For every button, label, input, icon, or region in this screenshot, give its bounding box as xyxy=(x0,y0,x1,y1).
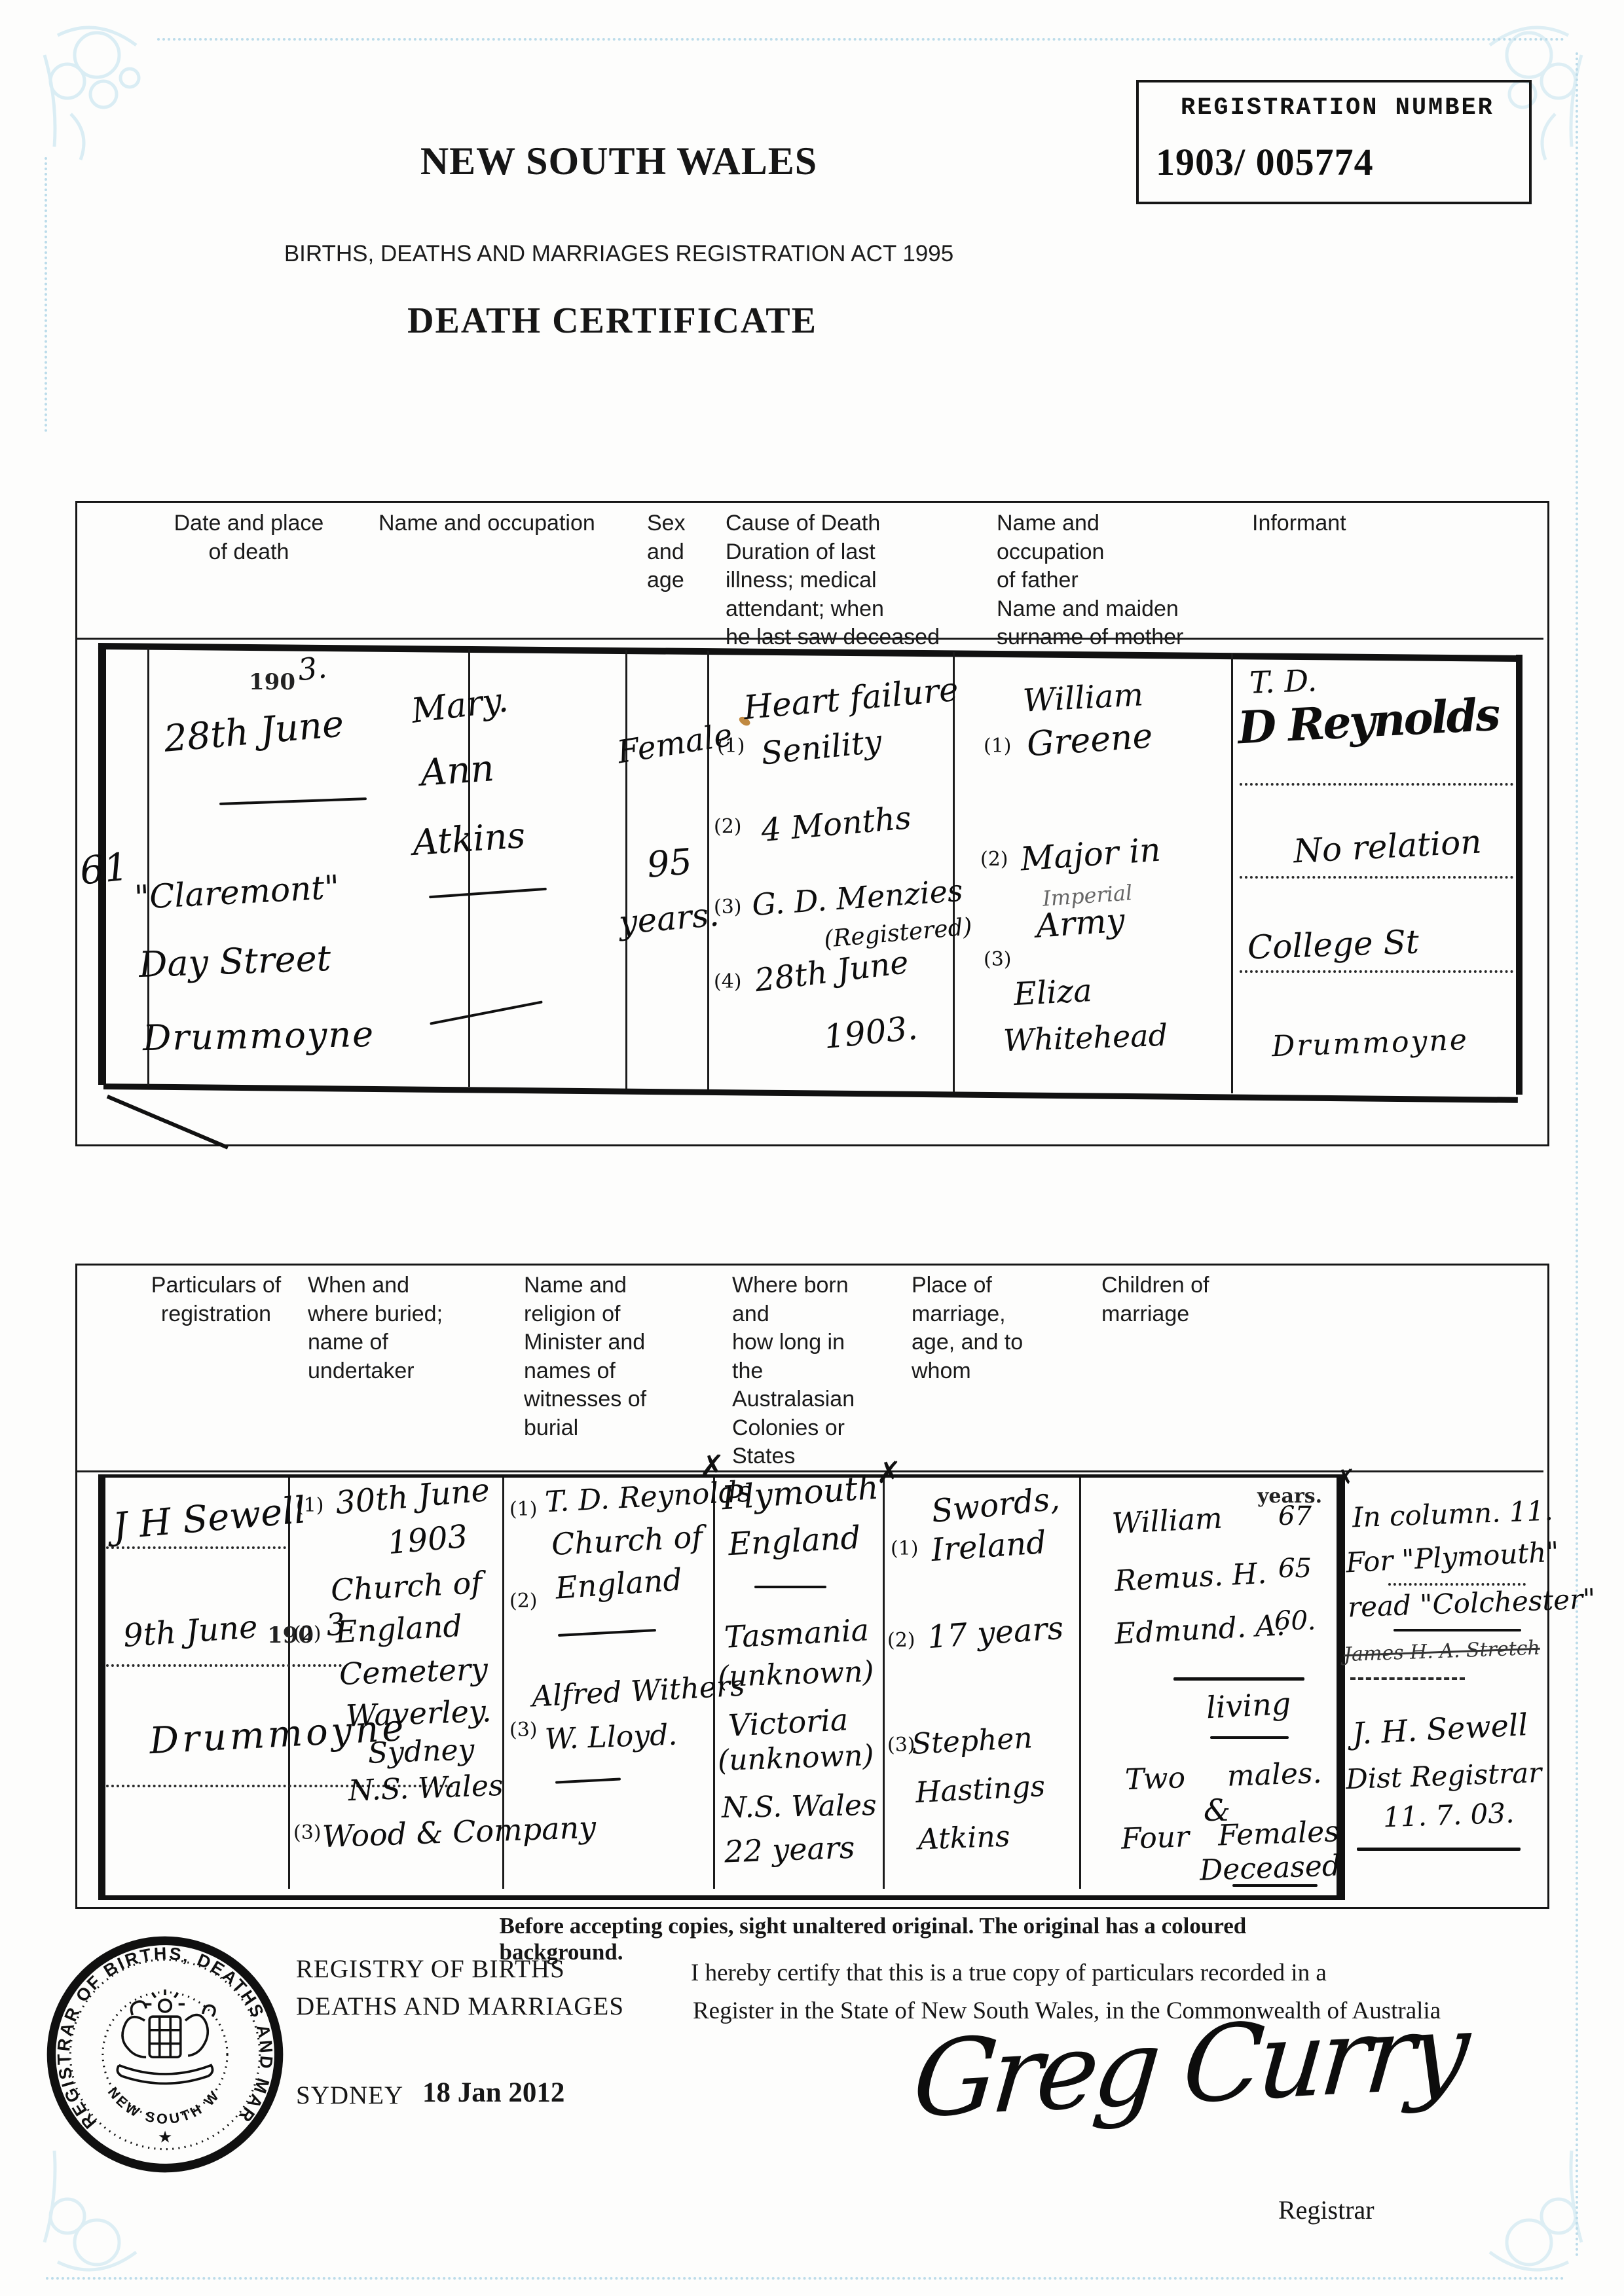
t1-father-marker-2: (2) xyxy=(980,848,1008,871)
t1-mother-marker: (3) xyxy=(984,948,1012,971)
t2-born-dash xyxy=(754,1586,826,1588)
t1-body-line-6 xyxy=(1231,653,1233,1093)
document-type-title: DEATH CERTIFICATE xyxy=(407,300,817,342)
t2-born-1b: England xyxy=(728,1522,862,1561)
t2-note-line-3: read "Colchester" xyxy=(1347,1585,1596,1621)
t2-body-line-1 xyxy=(288,1478,290,1889)
page-border-top xyxy=(157,38,1565,41)
t2-registration-date: 9th June xyxy=(122,1611,259,1652)
t1-year-digit: 3. xyxy=(297,652,328,685)
t2-children-deceased: Deceased xyxy=(1199,1851,1340,1885)
t1-informant-address-2: Drummoyne xyxy=(1271,1026,1469,1061)
seal-star: ★ xyxy=(158,2128,172,2146)
t1-father-given: William xyxy=(1022,679,1144,717)
t2-children-females: Four Females xyxy=(1120,1817,1339,1854)
t1-age-number: 95 xyxy=(646,844,693,883)
t2-children-dash-1 xyxy=(1173,1677,1304,1681)
t1-col-header-cause: Cause of Death Duration of last illness;… xyxy=(726,509,940,652)
t2-witness-marker: (3) xyxy=(509,1719,538,1741)
t1-name-2: Ann xyxy=(419,750,495,792)
t2-col-header-born: Where born and how long in the Australas… xyxy=(732,1271,855,1471)
t1-age-unit: years. xyxy=(618,898,720,939)
t1-body-right-edge xyxy=(1516,655,1522,1095)
t2-note-underline-2 xyxy=(1393,1629,1521,1631)
t2-child-2: Remus. H. xyxy=(1114,1559,1267,1596)
t2-burial-place-4: Waverley. xyxy=(345,1696,492,1731)
registry-name-line-2: DEATHS AND MARRIAGES xyxy=(296,1992,624,2021)
t2-marriage-age: 17 years xyxy=(927,1613,1065,1653)
t1-col-header-date-place: Date and place of death xyxy=(131,509,367,566)
t1-cause-marker-3: (3) xyxy=(714,896,742,919)
certify-line-1: I hereby certify that this is a true cop… xyxy=(691,1959,1327,1987)
t2-burial-place-5: Sydney xyxy=(367,1736,475,1768)
t1-body-line-3 xyxy=(625,650,627,1089)
t1-father-occupation-3: Army xyxy=(1035,903,1126,942)
t2-marriage-place-2: Ireland xyxy=(931,1527,1048,1566)
t1-informant-address-1: College St xyxy=(1247,925,1419,964)
t1-register-entry-number: 61 xyxy=(78,847,130,890)
t1-death-place-1: "Claremont" xyxy=(134,871,341,914)
t1-cause-marker-2: (2) xyxy=(714,815,742,838)
t2-child-2-age: 65 xyxy=(1278,1556,1312,1582)
t1-col-header-parents: Name and occupation of father Name and m… xyxy=(997,509,1183,652)
registry-name-line-1: REGISTRY OF BIRTHS xyxy=(296,1954,565,1984)
t1-informant-relation: No relation xyxy=(1293,826,1483,868)
t1-cause-4b: 1903. xyxy=(822,1011,919,1054)
t2-burial-place-2: England xyxy=(335,1611,463,1647)
corner-ornament-top-left xyxy=(18,9,175,166)
t2-reg-rule-2 xyxy=(106,1664,342,1667)
t1-informant-rule-1 xyxy=(1240,783,1513,786)
t2-witness-2: W. Lloyd. xyxy=(544,1721,678,1754)
t1-death-place-2: Day Street xyxy=(138,941,331,983)
t2-marriage-marker-1: (1) xyxy=(891,1537,919,1560)
t1-informant-signature: D Reynolds xyxy=(1236,693,1499,751)
t2-child-3-age: 60. xyxy=(1274,1608,1316,1634)
t1-mother-given: Eliza xyxy=(1013,975,1093,1010)
t2-col-header-children: Children of marriage xyxy=(1101,1271,1209,1328)
t2-body-line-4 xyxy=(883,1478,885,1889)
t2-born-2b: (unknown) xyxy=(717,1658,874,1692)
t2-reg-rule-1 xyxy=(106,1546,286,1549)
t1-father-marker-1: (1) xyxy=(984,735,1012,757)
t2-note-signature: J. H. Sewell xyxy=(1352,1709,1528,1749)
t2-body-line-5 xyxy=(1079,1478,1081,1889)
t2-col-header-buried: When and where buried; name of undertake… xyxy=(308,1271,443,1385)
t2-born-2: Tasmania xyxy=(724,1614,870,1652)
coat-of-arms-icon xyxy=(117,1990,215,2084)
t1-name-3: Atkins xyxy=(411,818,526,861)
t1-death-place-3: Drummoyne xyxy=(143,1017,375,1056)
t2-spouse-3: Atkins xyxy=(917,1823,1010,1855)
t1-cause-marker-4: (4) xyxy=(714,970,742,993)
t2-note-underline-3 xyxy=(1357,1848,1521,1851)
t2-born-4: N.S. Wales xyxy=(722,1791,877,1823)
t1-col-header-name-occupation: Name and occupation xyxy=(378,509,595,538)
t1-father-occupation-1: Major in xyxy=(1020,833,1162,876)
t1-mother-surname: Whitehead xyxy=(1003,1020,1168,1056)
t1-father-surname: Greene xyxy=(1025,719,1153,761)
registrar-role-label: Registrar xyxy=(1278,2195,1375,2225)
t2-col-header-marriage: Place of marriage, age, and to whom xyxy=(912,1271,1023,1385)
t2-burial-place-3: Cemetery xyxy=(339,1654,488,1689)
t2-check-mark-3: ✗ xyxy=(1335,1464,1356,1493)
t2-burial-year: 1903 xyxy=(386,1521,469,1559)
corner-ornament-bottom-right xyxy=(1450,2131,1608,2288)
t1-year-printed: 190 xyxy=(249,669,295,695)
t1-informant-rule-3 xyxy=(1240,970,1513,973)
copy-notice: Before accepting copies, sight unaltered… xyxy=(500,1913,1249,1965)
issue-city: SYDNEY xyxy=(296,2081,403,2110)
t2-note-line-1: In column. 11. xyxy=(1352,1497,1553,1532)
t1-col-header-informant: Informant xyxy=(1252,509,1346,538)
t2-born-3b: (unknown) xyxy=(717,1741,874,1776)
t2-undertaker-marker: (3) xyxy=(293,1821,322,1844)
page-title: NEW SOUTH WALES xyxy=(420,139,817,184)
t2-spouse-2: Hastings xyxy=(915,1772,1046,1808)
t2-col-header-particulars: Particulars of registration xyxy=(121,1271,311,1328)
t1-cause-marker-1: (1) xyxy=(717,735,745,757)
t2-burial-place-1: Church of xyxy=(330,1567,483,1605)
t1-informant-rule-2 xyxy=(1240,876,1513,879)
t1-col-header-sex-age: Sex and age xyxy=(647,509,686,595)
t2-buried-marker-2: (2) xyxy=(293,1622,322,1645)
t2-undertaker: Wood & Company xyxy=(322,1812,597,1852)
t2-born-4b: 22 years xyxy=(724,1832,855,1867)
registration-number-box: REGISTRATION NUMBER 1903/ 005774 xyxy=(1136,80,1532,204)
t2-children-living: living xyxy=(1206,1688,1291,1723)
t1-body-line-5 xyxy=(953,652,955,1092)
t2-burial-place-6: N.S. Wales xyxy=(348,1772,504,1806)
registrar-seal: REGISTRAR OF BIRTHS, DEATHS AND MARRIAGE… xyxy=(43,1933,287,2176)
t2-born-3: Victoria xyxy=(728,1704,849,1741)
t1-body-line-4 xyxy=(707,651,709,1089)
t2-spouse-1: Stephen xyxy=(911,1724,1033,1759)
t2-children-males: Two males. xyxy=(1124,1759,1322,1795)
t1-informant-initials: T. D. xyxy=(1249,665,1318,698)
t2-child-3: Edmund. A. xyxy=(1114,1611,1286,1649)
registration-number-value: 1903/ 005774 xyxy=(1156,140,1374,184)
t2-buried-marker-1: (1) xyxy=(296,1494,324,1517)
act-subtitle: BIRTHS, DEATHS AND MARRIAGES REGISTRATIO… xyxy=(284,241,953,267)
t2-minister-marker-1: (1) xyxy=(509,1498,538,1521)
t2-children-dash-3 xyxy=(1232,1884,1318,1887)
t2-minister-religion-2: England xyxy=(555,1564,684,1603)
page-border-left xyxy=(45,157,47,432)
registration-number-label: REGISTRATION NUMBER xyxy=(1181,94,1494,122)
t2-note-date: 11. 7. 03. xyxy=(1382,1800,1515,1832)
t2-marriage-marker-2: (2) xyxy=(887,1629,915,1652)
page-border-right xyxy=(1576,52,1578,2259)
issue-date-stamp: 18 Jan 2012 xyxy=(422,2077,564,2109)
t2-minister-religion-1: Church of xyxy=(551,1522,703,1559)
t2-minister-marker-2: (2) xyxy=(509,1590,538,1613)
death-certificate-scan: { "reg_box": { "label": "REGISTRATION NU… xyxy=(0,0,1624,2296)
t2-note-scribble xyxy=(1350,1677,1465,1680)
t2-child-1: William xyxy=(1111,1504,1223,1539)
page-border-bottom xyxy=(46,2277,1565,2280)
registrar-signature: Greg Curry xyxy=(910,1999,1469,2133)
t2-children-dash-2 xyxy=(1210,1736,1289,1739)
t2-note-role: Dist Registrar xyxy=(1345,1759,1542,1793)
t2-child-1-age: 67 xyxy=(1278,1503,1312,1529)
t2-col-header-minister: Name and religion of Minister and names … xyxy=(524,1271,646,1442)
t2-check-mark-2: ✗ xyxy=(876,1455,902,1490)
